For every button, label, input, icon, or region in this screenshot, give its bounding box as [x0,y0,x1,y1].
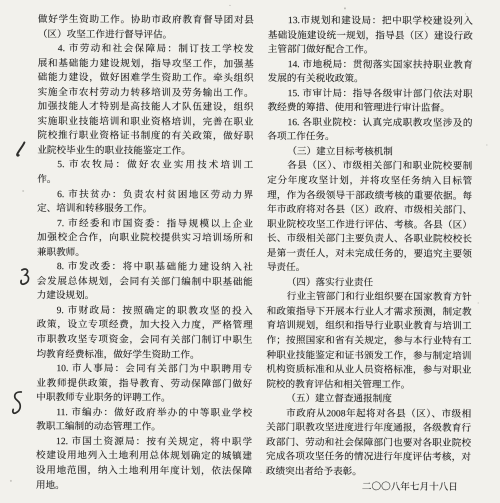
text-line: 12. 市国土资源局：按有关规定，将中职学 [36,435,252,450]
text-line: 职业院校攻坚工作进行评估、考核。各县（区） [267,218,472,233]
text-line: 种职业技能鉴定和证书颁发工作，参与制定培训 [266,349,471,364]
text-line: 基础设施建设统一规划，指导县（区）建设行政 [268,29,473,44]
text-line: 5. 市农牧局：做好农业实用技术培训工 [37,159,253,174]
pen-tick-mark [14,141,26,159]
text-line: 行业主管部门和行业组织要在国家教育方针 [267,290,472,305]
text-line: 各县（区）、市级相关部门和职业院校要制 [267,160,472,175]
scan-speck [239,307,241,308]
text-line: 兼职教师。 [37,246,253,261]
text-line: 中职教师专业职务的评聘工作。 [36,391,252,406]
left-text-column: 做好学生资助工作。协助市政府教育督导团对县（区）攻坚工作进行督导评估。4. 市劳… [36,13,254,494]
scan-speck [344,7,346,9]
scan-speck [10,480,12,482]
text-line: 用地。 [36,479,252,494]
text-line: 7. 市经委和市国资委：指导规模以上企业 [37,217,253,232]
text-line: 会发展总体规划，会同有关部门编制中职基础能 [37,275,253,290]
text-line: 13.市规划和建设局：把中职学校建设列入 [268,14,473,29]
text-line: 年市政府将对各县（区）政府、市级相关部门、 [267,203,472,218]
text-line: 4. 市劳动和社会保障局：制订技工学校发 [38,42,254,57]
scan-speck [486,144,487,146]
text-line: 定、培训和转移服务工作。 [37,202,253,217]
text-line: 院校推行职业资格证书制度的有关政策，做好职 [37,129,253,144]
text-line: 设用地范围，纳入土地利用年度计划，依法保障 [36,464,252,479]
text-line: 均教育经费标准，做好学生资助工作。 [36,348,252,363]
text-line: 和政策指导下开展本行业人才需求预测，制定教 [267,305,472,320]
text-line: 关部门职教攻坚进度进行年度通报，各级教育行 [266,421,471,436]
text-line: 加强校企合作，向职业院校提供实习培训场所和 [37,231,253,246]
text-line: 市政府从2008年起将对各县（区）、市级相 [266,407,471,422]
pen-squiggle-mark [19,267,32,288]
text-line: 8. 市发改委：将中职基础能力建设纳入社 [37,260,253,275]
text-line: 长、市级相关部门主要负责人、各职业院校校长 [267,232,472,247]
text-line: 政策，设立专项经费，加大投入力度，严格管理 [37,319,253,334]
text-line: 各项工作任务。 [267,130,472,145]
text-line: 市职教攻坚专项资金，会同有关部门制订中职生 [36,333,252,348]
text-line: 机构资质标准和从业人员资格标准，参与对职业 [266,363,471,378]
text-line: 实施职业技能培训和职业资格培训，完善在职业 [37,115,253,130]
pen-s-curve-mark [10,390,24,417]
scan-speck [260,472,262,473]
text-line: 11. 市编办：做好政府举办的中等职业学校 [36,406,252,421]
text-line: 14. 市地税局：贯彻落实国家扶持职业教育 [268,58,473,73]
text-line: 作；按照国家和省有关规定，参与本行业特有工 [266,334,471,349]
text-line: 院校的教育评估和相关管理工作。 [266,378,471,393]
text-line: 是第一责任人，对未完成任务的，要追究主要领 [267,247,472,262]
text-line: 理，作为各级领导干部政绩考核的重要依据。每 [267,189,472,204]
text-line: 业教师提供政策，指导教育、劳动保障部门做好 [36,377,252,392]
text-line: 实施全市农村劳动力转移培训及劳务输出工作。 [38,86,254,101]
text-line: 15. 市审计局：指导各级审计部门依法对职 [268,87,473,102]
scanned-document-page: 做好学生资助工作。协助市政府教育督导团对县（区）攻坚工作进行督导评估。4. 市劳… [0,0,500,503]
text-line: 作。 [37,173,253,188]
scan-speck [22,190,24,192]
text-line: 9. 市财政局：按照确定的职教攻坚的投入 [37,304,253,319]
text-line: 加强技能人才特别是高技能人才队伍建设，组织 [37,100,253,115]
text-line: 16. 各职业院校：认真完成职教攻坚涉及的 [267,116,472,131]
text-line: 育培训规划，组织和指导行业职业教育与培训工 [267,320,472,335]
text-line: 定分年度攻坚计划，并将攻坚任务纳入目标管 [267,174,472,189]
text-line: 主管部门做好配合工作。 [268,43,473,58]
text-line: 二〇〇八年七月十八日 [266,480,471,495]
text-line: （四）落实行业责任 [267,276,472,291]
text-line: 发展的有关税收政策。 [268,72,473,87]
text-line: 教经费的筹措、使用和管理进行审计监督。 [267,101,472,116]
text-line: 6. 市扶贫办：负责农村贫困地区劳动力界 [37,188,253,203]
text-line: 教职工编制的动态管理工作。 [36,420,252,435]
scan-speck [465,13,466,15]
text-line: 础能力建设，做好困难学生资助工作。牵头组织 [38,71,254,86]
paper-sheet: 做好学生资助工作。协助市政府教育督导团对县（区）攻坚工作进行督导评估。4. 市劳… [0,0,500,503]
text-line: 完成各项攻坚任务的情况进行年度评估考核，对 [266,450,471,465]
text-line: 力建设规划。 [37,289,253,304]
text-line: 业院校毕业生的职业技能鉴定工作。 [37,144,253,159]
right-text-column: 13.市规划和建设局：把中职学校建设列入基础设施建设统一规划，指导县（区）建设行… [266,14,473,495]
text-line: 展和基础能力建设规划，指导攻坚工作，加强基 [38,57,254,72]
text-line: 政绩突出者给予表彰。 [266,465,471,480]
text-line: 做好学生资助工作。协助市政府教育督导团对县 [38,13,254,28]
text-line: 10. 市人事局：会同有关部门为中职聘用专 [36,362,252,377]
text-line: （五）建立督查通报制度 [266,392,471,407]
text-line: 校建设用地列入土地利用总体规划确定的城镇建 [36,449,252,464]
text-line: 导责任。 [267,261,472,276]
scan-speck [229,5,231,6]
text-line: （区）攻坚工作进行督导评估。 [38,28,254,43]
text-line: （三）建立目标考核机制 [267,145,472,160]
text-line: 政部门、劳动和社会保障部门也要对各职业院校 [266,436,471,451]
scan-speck [478,302,479,304]
